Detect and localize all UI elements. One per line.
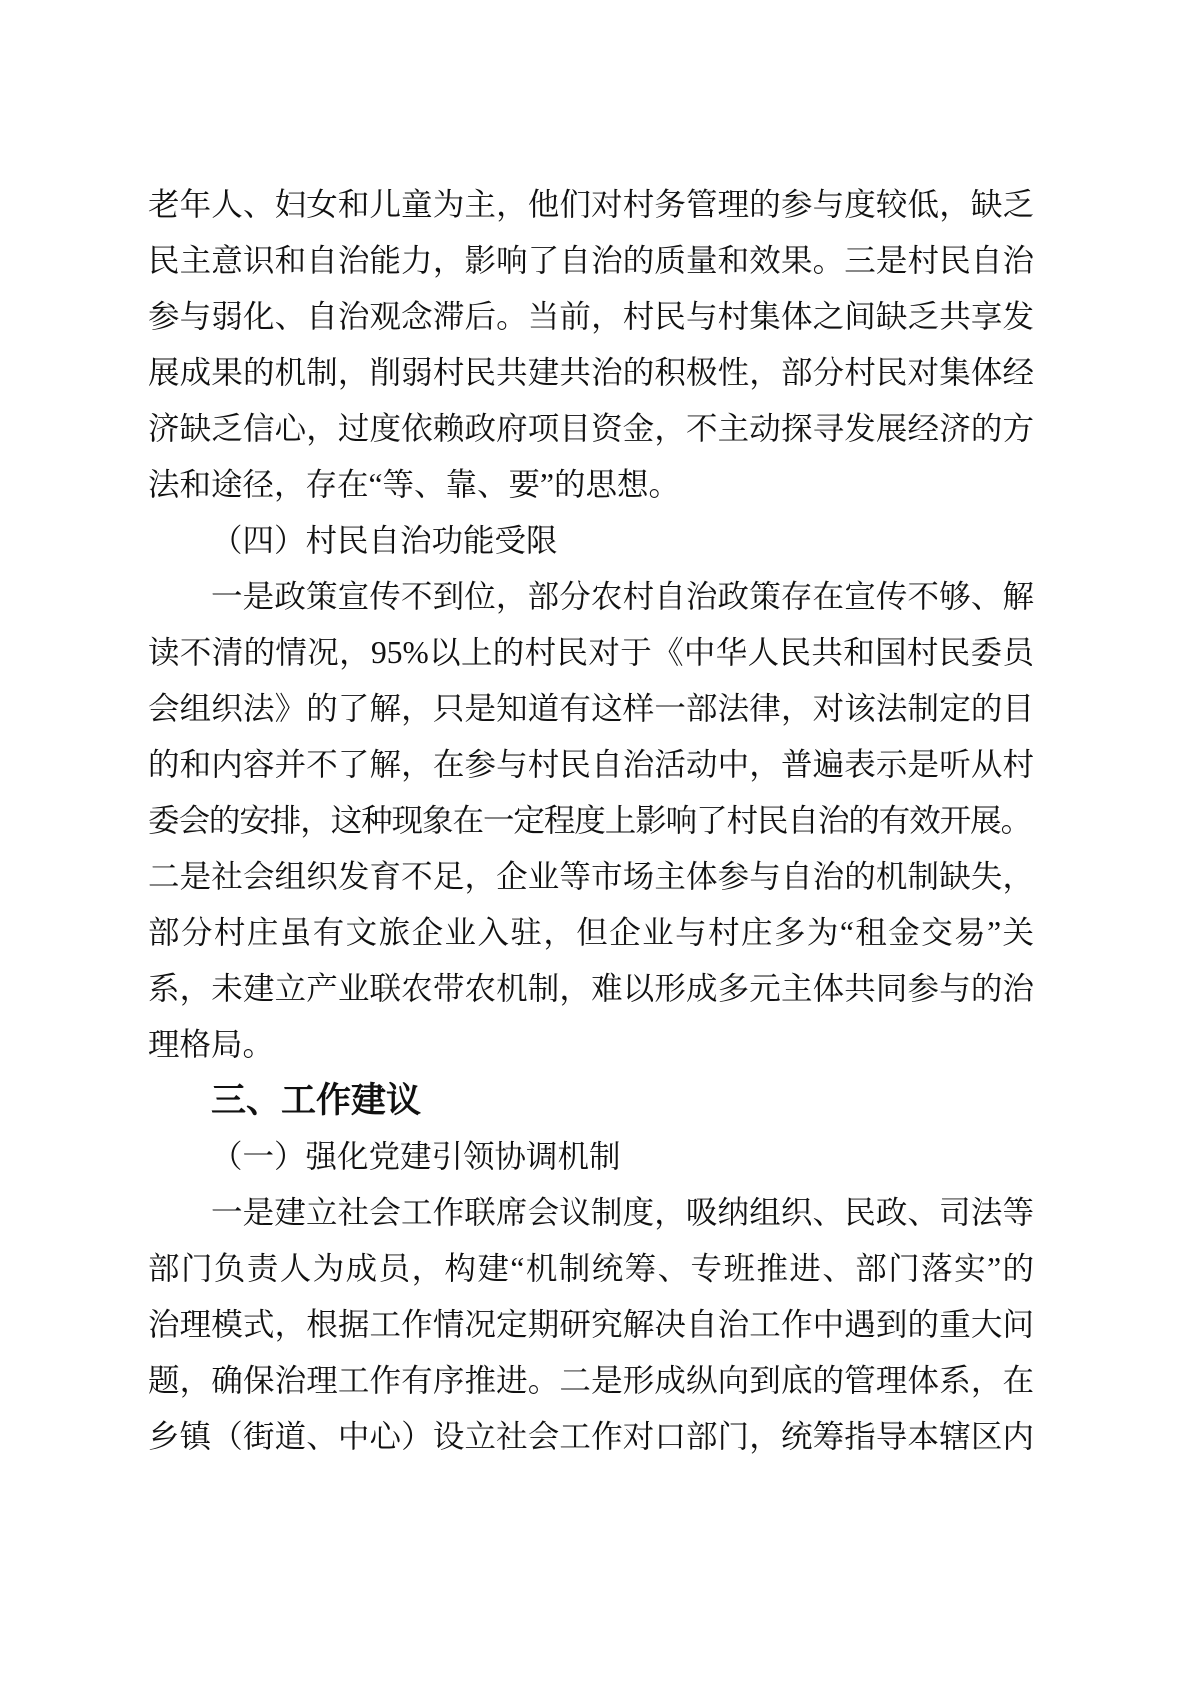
body-text-line: 系，未建立产业联农带农机制，难以形成多元主体共同参与的治 <box>148 961 1034 1017</box>
page-content: 老年人、妇女和儿童为主，他们对村务管理的参与度较低，缺乏 民主意识和自治能力，影… <box>148 177 1034 1465</box>
body-text-line: 会组织法》的了解，只是知道有这样一部法律，对该法制定的目 <box>148 681 1034 737</box>
body-text-line: 老年人、妇女和儿童为主，他们对村务管理的参与度较低，缺乏 <box>148 177 1034 233</box>
subsection-heading-4: （四）村民自治功能受限 <box>148 513 1034 569</box>
body-text-line: 一是政策宣传不到位，部分农村自治政策存在宣传不够、解 <box>148 569 1034 625</box>
body-text-line: 部门负责人为成员，构建“机制统筹、专班推进、部门落实”的 <box>148 1241 1034 1297</box>
subsection-heading-1: （一）强化党建引领协调机制 <box>148 1129 1034 1185</box>
body-text-line: 展成果的机制，削弱村民共建共治的积极性，部分村民对集体经 <box>148 345 1034 401</box>
body-text-line: 委会的安排，这种现象在一定程度上影响了村民自治的有效开展。 <box>148 793 1034 849</box>
body-text-line: 二是社会组织发育不足，企业等市场主体参与自治的机制缺失， <box>148 849 1034 905</box>
body-text-line: 理格局。 <box>148 1017 1034 1073</box>
document-page: 老年人、妇女和儿童为主，他们对村务管理的参与度较低，缺乏 民主意识和自治能力，影… <box>0 0 1190 1683</box>
body-text-line: 乡镇（街道、中心）设立社会工作对口部门，统筹指导本辖区内 <box>148 1409 1034 1465</box>
body-text-line: 一是建立社会工作联席会议制度，吸纳组织、民政、司法等 <box>148 1185 1034 1241</box>
body-text-line: 读不清的情况，95%以上的村民对于《中华人民共和国村民委员 <box>148 625 1034 681</box>
body-text-line: 济缺乏信心，过度依赖政府项目资金，不主动探寻发展经济的方 <box>148 401 1034 457</box>
body-text-line: 法和途径，存在“等、靠、要”的思想。 <box>148 457 1034 513</box>
body-text-line: 民主意识和自治能力，影响了自治的质量和效果。三是村民自治 <box>148 233 1034 289</box>
body-text-line: 参与弱化、自治观念滞后。当前，村民与村集体之间缺乏共享发 <box>148 289 1034 345</box>
body-text-line: 题，确保治理工作有序推进。二是形成纵向到底的管理体系，在 <box>148 1353 1034 1409</box>
body-text-line: 部分村庄虽有文旅企业入驻，但企业与村庄多为“租金交易”关 <box>148 905 1034 961</box>
body-text-line: 治理模式，根据工作情况定期研究解决自治工作中遇到的重大问 <box>148 1297 1034 1353</box>
section-heading-3: 三、工作建议 <box>148 1073 1034 1129</box>
body-text-line: 的和内容并不了解，在参与村民自治活动中，普遍表示是听从村 <box>148 737 1034 793</box>
